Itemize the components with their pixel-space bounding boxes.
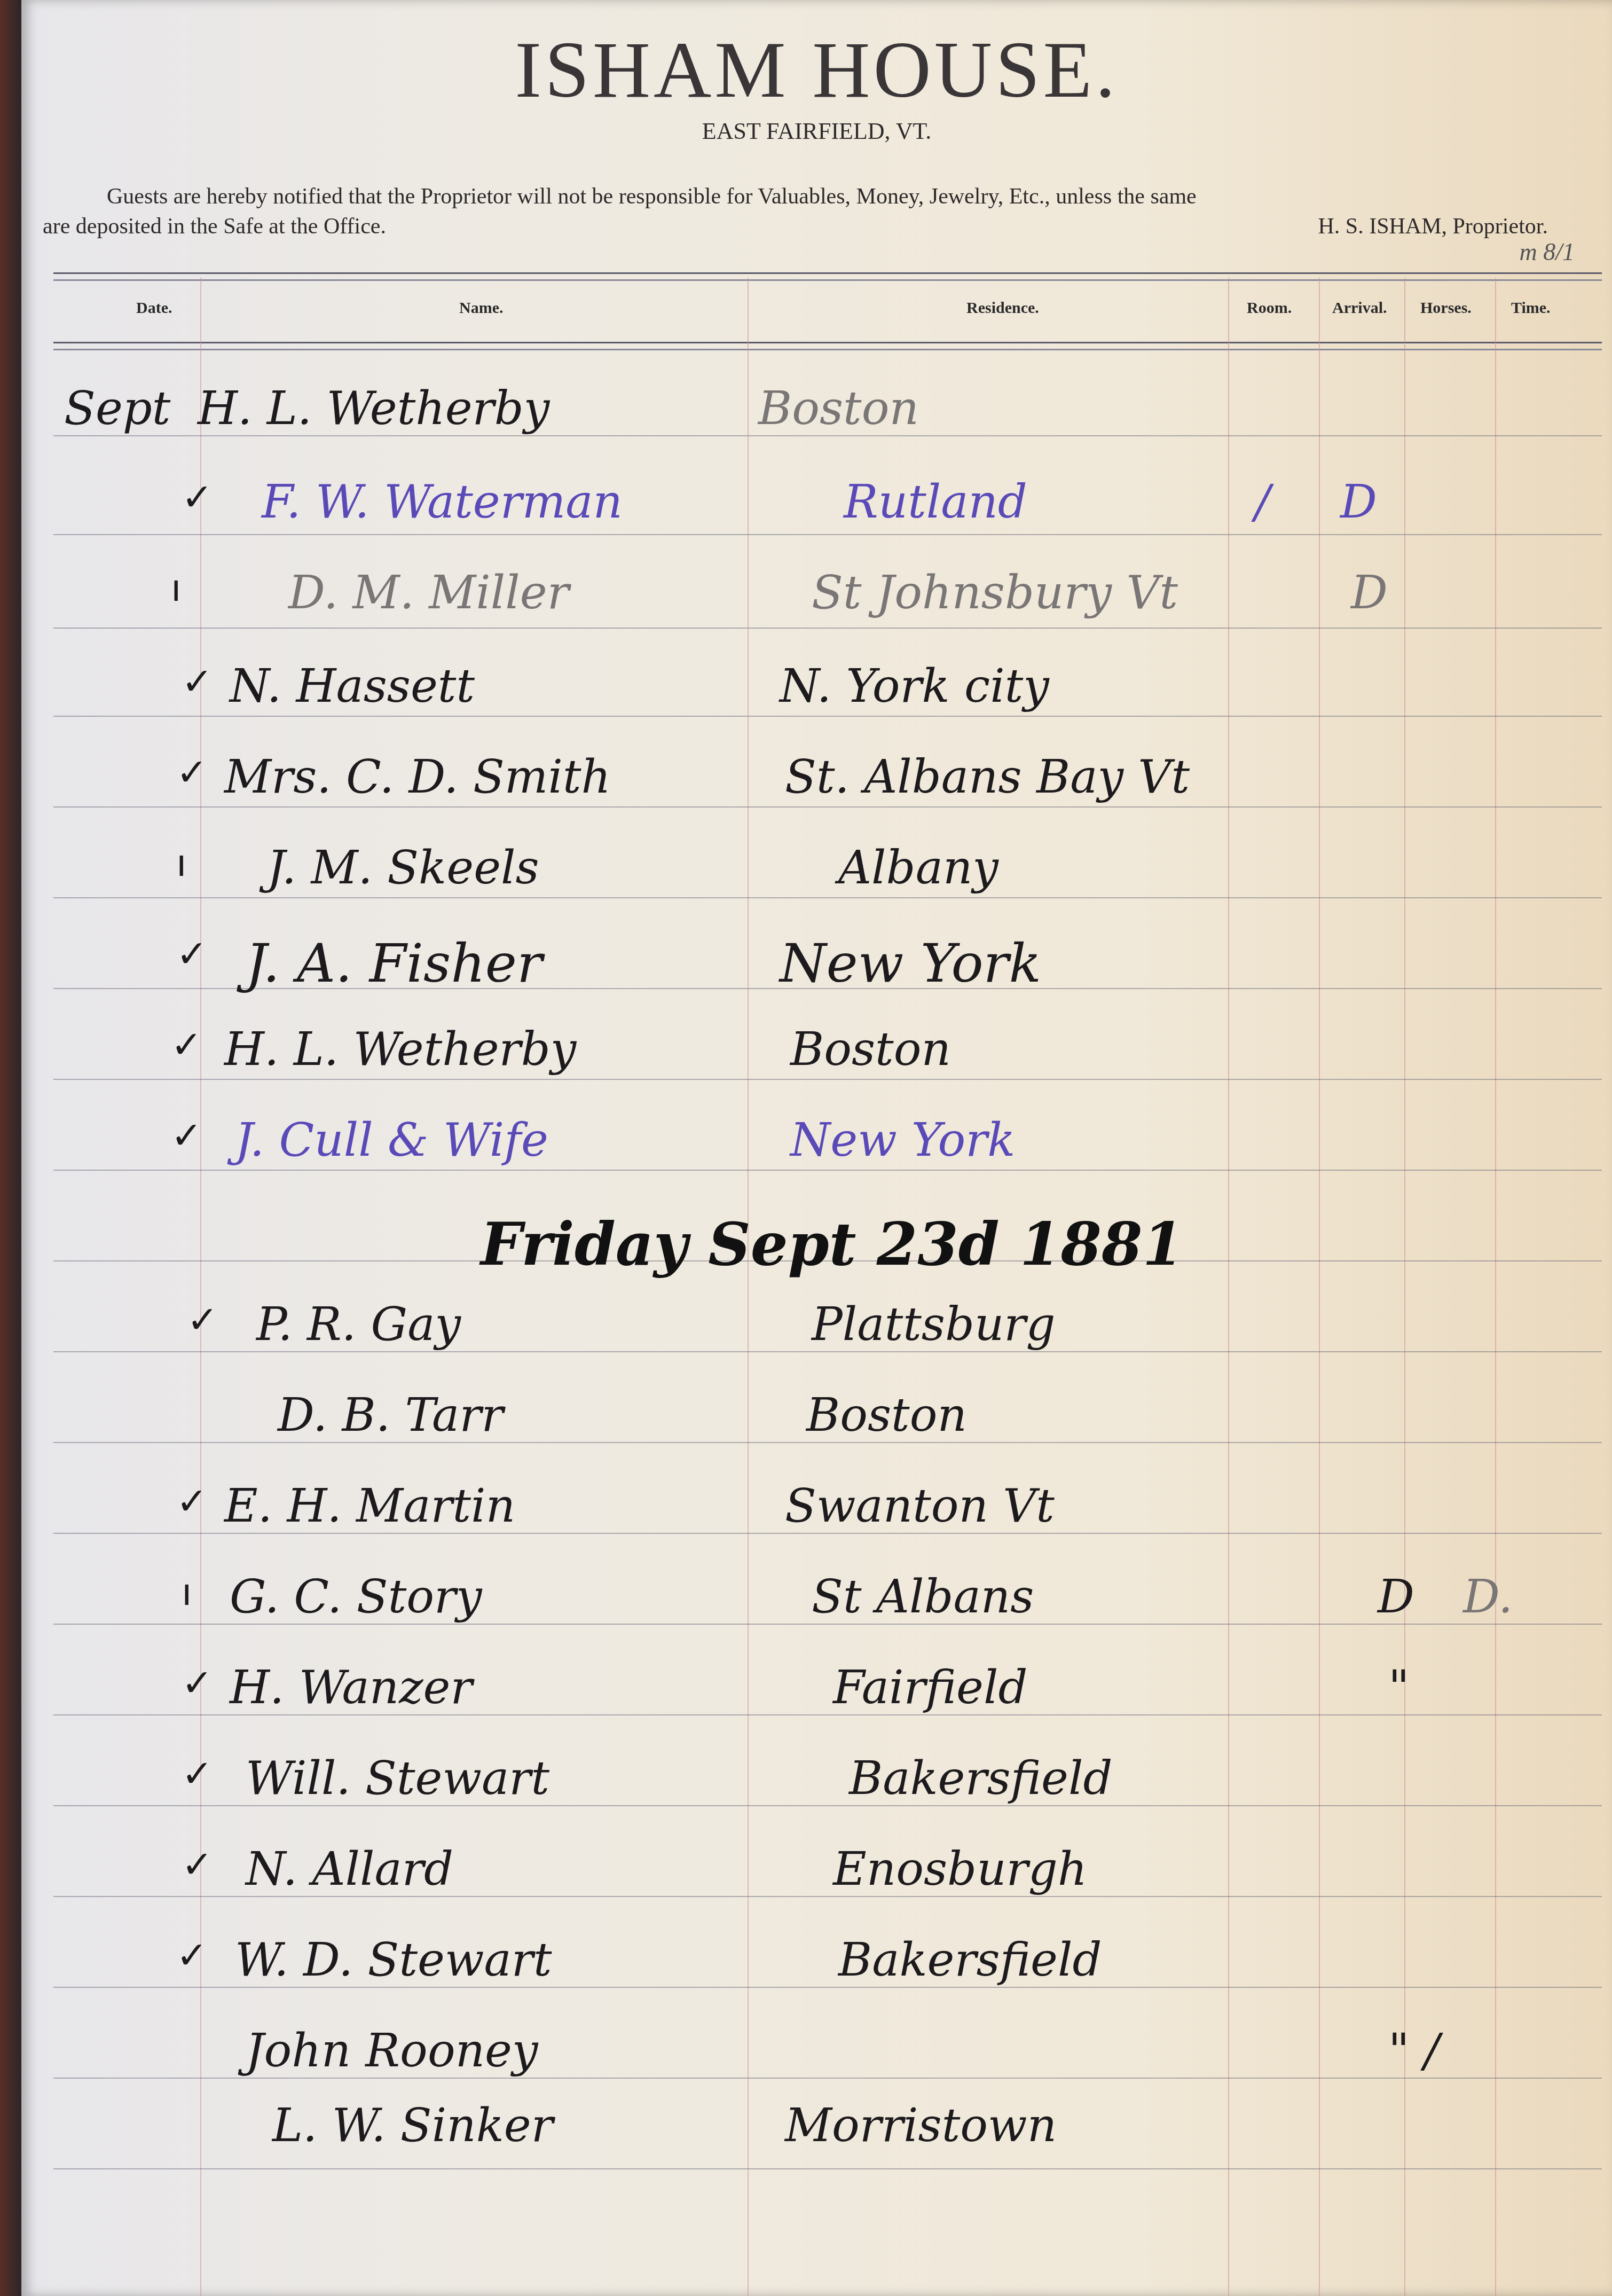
checkmark-icon: ✓	[176, 750, 208, 794]
checkmark-icon: ✓	[171, 1023, 202, 1067]
entry-residence: Morristown	[785, 2099, 1057, 2152]
checkmark-icon: ı	[176, 841, 186, 885]
checkmark-icon: ✓	[182, 660, 213, 703]
entry-residence: Enosburgh	[833, 1843, 1087, 1896]
entry-name: H. Wanzer	[230, 1661, 473, 1714]
ruled-line	[53, 1714, 1602, 1715]
entry-residence: Albany	[838, 841, 998, 895]
header-rule-top	[53, 272, 1602, 281]
column-header-residence: Residence.	[966, 299, 1039, 317]
entry-horses-mark: D.	[1463, 1570, 1513, 1624]
ruled-line	[53, 1624, 1602, 1625]
entry-date: Sept	[64, 382, 170, 435]
entry-name: F. W. Waterman	[262, 475, 623, 529]
column-header-name: Name.	[459, 299, 503, 317]
entry-name: N. Allard	[246, 1843, 453, 1896]
entry-residence: Fairfield	[833, 1661, 1028, 1714]
entry-name: D. M. Miller	[288, 566, 569, 620]
entry-horses-mark: D	[1340, 475, 1377, 529]
entry-name: J. Cull & Wife	[235, 1114, 548, 1167]
column-divider	[1404, 278, 1405, 2296]
entry-residence: Boston	[806, 1389, 967, 1442]
entry-name: John Rooney	[246, 2024, 538, 2078]
date-heading: Friday Sept 23d 1881	[481, 1210, 1183, 1279]
checkmark-icon: ✓	[187, 1298, 218, 1342]
register-page: ISHAM HOUSE. EAST FAIRFIELD, VT. Guests …	[21, 0, 1612, 2296]
notice-line-1: Guests are hereby notified that the Prop…	[107, 182, 1580, 211]
entry-residence: St Johnsbury Vt	[812, 566, 1178, 620]
checkmark-icon: ✓	[176, 1479, 208, 1523]
ruled-line	[53, 628, 1602, 629]
entry-name: J. M. Skeels	[267, 841, 539, 895]
column-header-horses: Horses.	[1420, 299, 1472, 317]
checkmark-icon: ✓	[176, 932, 208, 976]
entry-arrival-mark: /	[1255, 475, 1270, 529]
entry-residence: St. Albans Bay Vt	[785, 750, 1190, 804]
checkmark-icon: ı	[182, 1570, 192, 1614]
ruled-line	[53, 1442, 1602, 1443]
entry-name: E. H. Martin	[224, 1479, 515, 1533]
ruled-line	[53, 897, 1602, 898]
column-header-arrival: Arrival.	[1332, 299, 1387, 317]
entry-arrival-mark: D	[1378, 1570, 1414, 1624]
column-header-room: Room.	[1247, 299, 1292, 317]
ruled-line	[53, 1170, 1602, 1171]
corner-handwritten-mark: m 8/1	[1520, 238, 1575, 266]
entry-name: H. L. Wetherby	[198, 382, 549, 435]
entry-residence: New York	[780, 932, 1041, 994]
entry-residence: St Albans	[812, 1570, 1034, 1624]
entry-name: N. Hassett	[230, 660, 475, 713]
column-divider	[1228, 278, 1229, 2296]
ruled-line	[53, 1896, 1602, 1897]
ruled-line	[53, 1079, 1602, 1080]
checkmark-icon: ı	[171, 566, 181, 610]
entry-arrival-mark: " /	[1388, 2024, 1440, 2078]
entry-name: D. B. Tarr	[278, 1389, 504, 1442]
entry-residence: Bakersfield	[838, 1933, 1102, 1987]
checkmark-icon: ✓	[182, 1752, 213, 1796]
column-divider	[748, 278, 749, 2296]
ruled-line	[53, 1805, 1602, 1806]
ruled-line	[53, 534, 1602, 535]
column-header-date: Date.	[136, 299, 172, 317]
checkmark-icon: ✓	[171, 1114, 202, 1157]
entry-horses-mark: D	[1351, 566, 1388, 620]
ruled-line	[53, 2168, 1602, 2169]
entry-residence: Swanton Vt	[785, 1479, 1055, 1533]
entry-residence: Boston	[790, 1023, 951, 1076]
entry-arrival-mark: "	[1388, 1661, 1410, 1714]
ruled-line	[53, 806, 1602, 808]
entry-residence: Plattsburg	[812, 1298, 1056, 1351]
ruled-line	[53, 2078, 1602, 2079]
book-spine	[0, 0, 21, 2296]
entry-name: G. C. Story	[230, 1570, 482, 1624]
checkmark-icon: ✓	[182, 1843, 213, 1886]
entry-name: Will. Stewart	[246, 1752, 549, 1805]
entry-name: Mrs. C. D. Smith	[224, 750, 611, 804]
entry-name: L. W. Sinker	[272, 2099, 553, 2152]
column-header-time: Time.	[1511, 299, 1551, 317]
entry-residence: Boston	[758, 382, 919, 435]
column-divider	[200, 278, 201, 2296]
proprietor-name: H. S. ISHAM, Proprietor.	[1318, 214, 1548, 239]
hotel-location: EAST FAIRFIELD, VT.	[21, 117, 1612, 145]
entry-name: P. R. Gay	[256, 1298, 461, 1351]
ruled-line	[53, 1533, 1602, 1534]
ruled-line	[53, 1987, 1602, 1988]
column-divider	[1319, 278, 1320, 2296]
entry-residence: N. York city	[780, 660, 1049, 713]
checkmark-icon: ✓	[176, 1933, 208, 1977]
checkmark-icon: ✓	[182, 1661, 213, 1705]
entry-name: J. A. Fisher	[246, 932, 542, 994]
ruled-line	[53, 435, 1602, 436]
entry-residence: Rutland	[844, 475, 1027, 529]
ruled-line	[53, 1351, 1602, 1352]
checkmark-icon: ✓	[182, 475, 213, 519]
entry-residence: New York	[790, 1114, 1015, 1167]
entry-name: H. L. Wetherby	[224, 1023, 576, 1076]
hotel-title: ISHAM HOUSE.	[21, 24, 1612, 116]
header-rule-bottom	[53, 342, 1602, 350]
entry-name: W. D. Stewart	[235, 1933, 552, 1987]
ruled-line	[53, 716, 1602, 717]
column-divider	[1495, 278, 1496, 2296]
entry-residence: Bakersfield	[849, 1752, 1113, 1805]
